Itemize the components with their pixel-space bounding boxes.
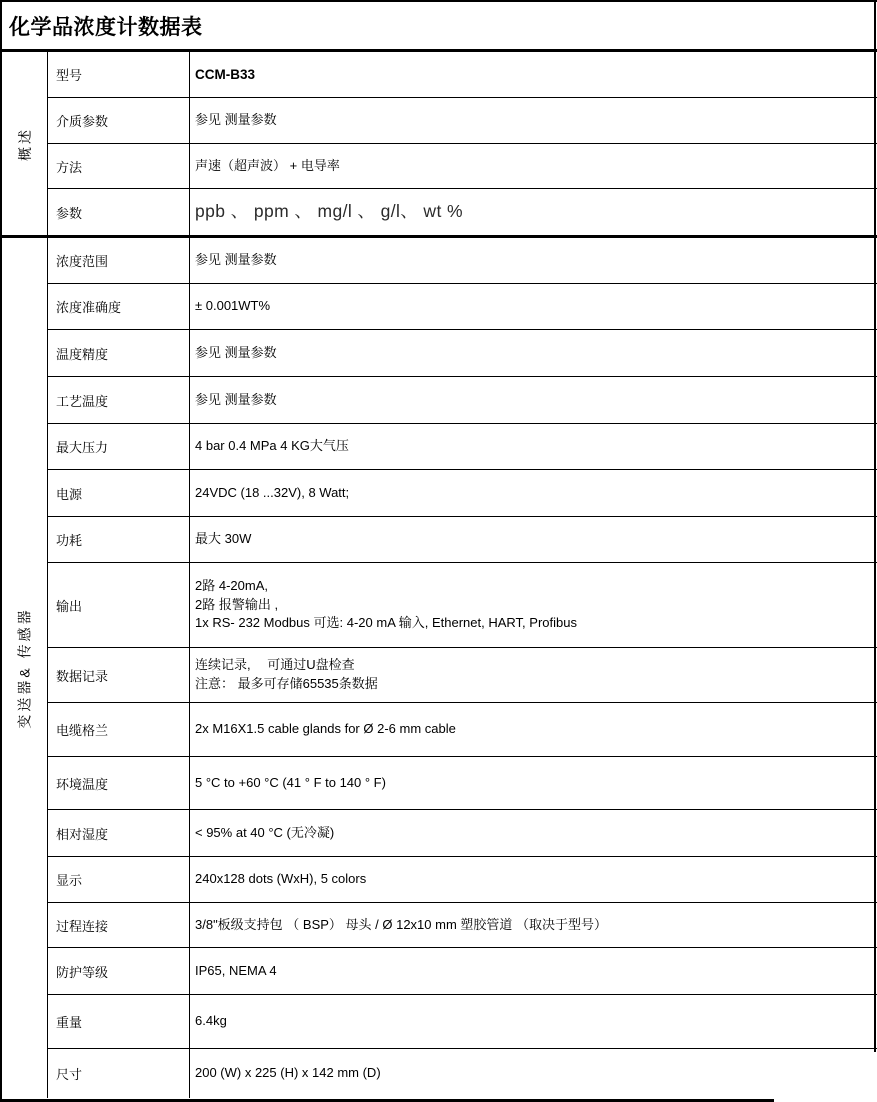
- row-value: 参见 测量参数: [190, 330, 877, 376]
- row-label: 电缆格兰: [48, 703, 190, 756]
- row-label: 显示: [48, 857, 190, 902]
- row-value: 24VDC (18 ...32V), 8 Watt;: [190, 470, 877, 516]
- table-row: 输出2路 4-20mA, 2路 报警输出 , 1x RS- 232 Modbus…: [48, 563, 877, 648]
- row-label: 输出: [48, 563, 190, 647]
- table-right-border: [874, 2, 876, 1052]
- row-label: 最大压力: [48, 424, 190, 469]
- section-header-cell: 概述: [2, 52, 48, 235]
- spec-table: 概述型号CCM-B33介质参数参见 测量参数方法声速（超声波） + 电导率参数p…: [2, 52, 877, 1098]
- table-row: 方法声速（超声波） + 电导率: [48, 144, 877, 189]
- row-value: 3/8"板级支持包 （ BSP） 母头 / Ø 12x10 mm 塑胶管道 （取…: [190, 903, 877, 947]
- table-row: 尺寸200 (W) x 225 (H) x 142 mm (D): [48, 1049, 877, 1098]
- row-label: 环境温度: [48, 757, 190, 809]
- row-label: 数据记录: [48, 648, 190, 702]
- row-label: 工艺温度: [48, 377, 190, 423]
- row-value: ± 0.001WT%: [190, 284, 877, 329]
- table-row: 工艺温度参见 测量参数: [48, 377, 877, 424]
- row-label: 温度精度: [48, 330, 190, 376]
- row-label: 浓度准确度: [48, 284, 190, 329]
- table-row: 参数ppb 、 ppm 、 mg/l 、 g/l、 wt %: [48, 189, 877, 235]
- section-label: 概述: [15, 127, 35, 161]
- row-value: 6.4kg: [190, 995, 877, 1048]
- row-value: ppb 、 ppm 、 mg/l 、 g/l、 wt %: [190, 189, 877, 235]
- row-value: < 95% at 40 °C (无冷凝): [190, 810, 877, 856]
- table-row: 型号CCM-B33: [48, 52, 877, 98]
- table-section: 变送器& 传感器浓度范围参见 测量参数浓度准确度± 0.001WT%温度精度参见…: [2, 238, 877, 1098]
- page-title: 化学品浓度计数据表: [2, 11, 203, 41]
- section-label: 变送器& 传感器: [15, 607, 35, 728]
- table-row: 温度精度参见 测量参数: [48, 330, 877, 377]
- row-label: 相对湿度: [48, 810, 190, 856]
- row-value: 参见 测量参数: [190, 98, 877, 143]
- row-value: 240x128 dots (WxH), 5 colors: [190, 857, 877, 902]
- row-label: 防护等级: [48, 948, 190, 994]
- row-label: 电源: [48, 470, 190, 516]
- row-label: 参数: [48, 189, 190, 235]
- table-row: 环境温度5 °C to +60 °C (41 ° F to 140 ° F): [48, 757, 877, 810]
- table-row: 最大压力4 bar 0.4 MPa 4 KG大气压: [48, 424, 877, 470]
- row-value: 最大 30W: [190, 517, 877, 562]
- row-label: 浓度范围: [48, 238, 190, 283]
- row-label: 尺寸: [48, 1049, 190, 1098]
- row-value: 参见 测量参数: [190, 377, 877, 423]
- row-value: IP65, NEMA 4: [190, 948, 877, 994]
- row-value: 连续记录, 可通过U盘检查 注意： 最多可存储65535条数据: [190, 648, 877, 702]
- row-value: 声速（超声波） + 电导率: [190, 144, 877, 188]
- row-value: 200 (W) x 225 (H) x 142 mm (D): [190, 1049, 877, 1098]
- row-label: 过程连接: [48, 903, 190, 947]
- table-row: 电缆格兰2x M16X1.5 cable glands for Ø 2-6 mm…: [48, 703, 877, 757]
- table-row: 介质参数参见 测量参数: [48, 98, 877, 144]
- row-value: 2x M16X1.5 cable glands for Ø 2-6 mm cab…: [190, 703, 877, 756]
- row-value: 5 °C to +60 °C (41 ° F to 140 ° F): [190, 757, 877, 809]
- table-row: 数据记录连续记录, 可通过U盘检查 注意： 最多可存储65535条数据: [48, 648, 877, 703]
- title-bar: 化学品浓度计数据表: [2, 2, 877, 52]
- row-value: 2路 4-20mA, 2路 报警输出 , 1x RS- 232 Modbus 可…: [190, 563, 877, 647]
- table-row: 浓度准确度± 0.001WT%: [48, 284, 877, 330]
- row-value: CCM-B33: [190, 52, 877, 97]
- table-row: 功耗最大 30W: [48, 517, 877, 563]
- row-label: 功耗: [48, 517, 190, 562]
- table-row: 过程连接3/8"板级支持包 （ BSP） 母头 / Ø 12x10 mm 塑胶管…: [48, 903, 877, 948]
- table-row: 电源24VDC (18 ...32V), 8 Watt;: [48, 470, 877, 517]
- row-label: 方法: [48, 144, 190, 188]
- row-label: 重量: [48, 995, 190, 1048]
- table-row: 防护等级IP65, NEMA 4: [48, 948, 877, 995]
- table-row: 相对湿度< 95% at 40 °C (无冷凝): [48, 810, 877, 857]
- row-label: 型号: [48, 52, 190, 97]
- table-row: 重量6.4kg: [48, 995, 877, 1049]
- table-section: 概述型号CCM-B33介质参数参见 测量参数方法声速（超声波） + 电导率参数p…: [2, 52, 877, 238]
- section-header-cell: 变送器& 传感器: [2, 238, 48, 1098]
- row-value: 4 bar 0.4 MPa 4 KG大气压: [190, 424, 877, 469]
- row-value: 参见 测量参数: [190, 238, 877, 283]
- table-row: 显示240x128 dots (WxH), 5 colors: [48, 857, 877, 903]
- table-row: 浓度范围参见 测量参数: [48, 238, 877, 284]
- datasheet-page: 化学品浓度计数据表 概述型号CCM-B33介质参数参见 测量参数方法声速（超声波…: [0, 0, 877, 1102]
- row-label: 介质参数: [48, 98, 190, 143]
